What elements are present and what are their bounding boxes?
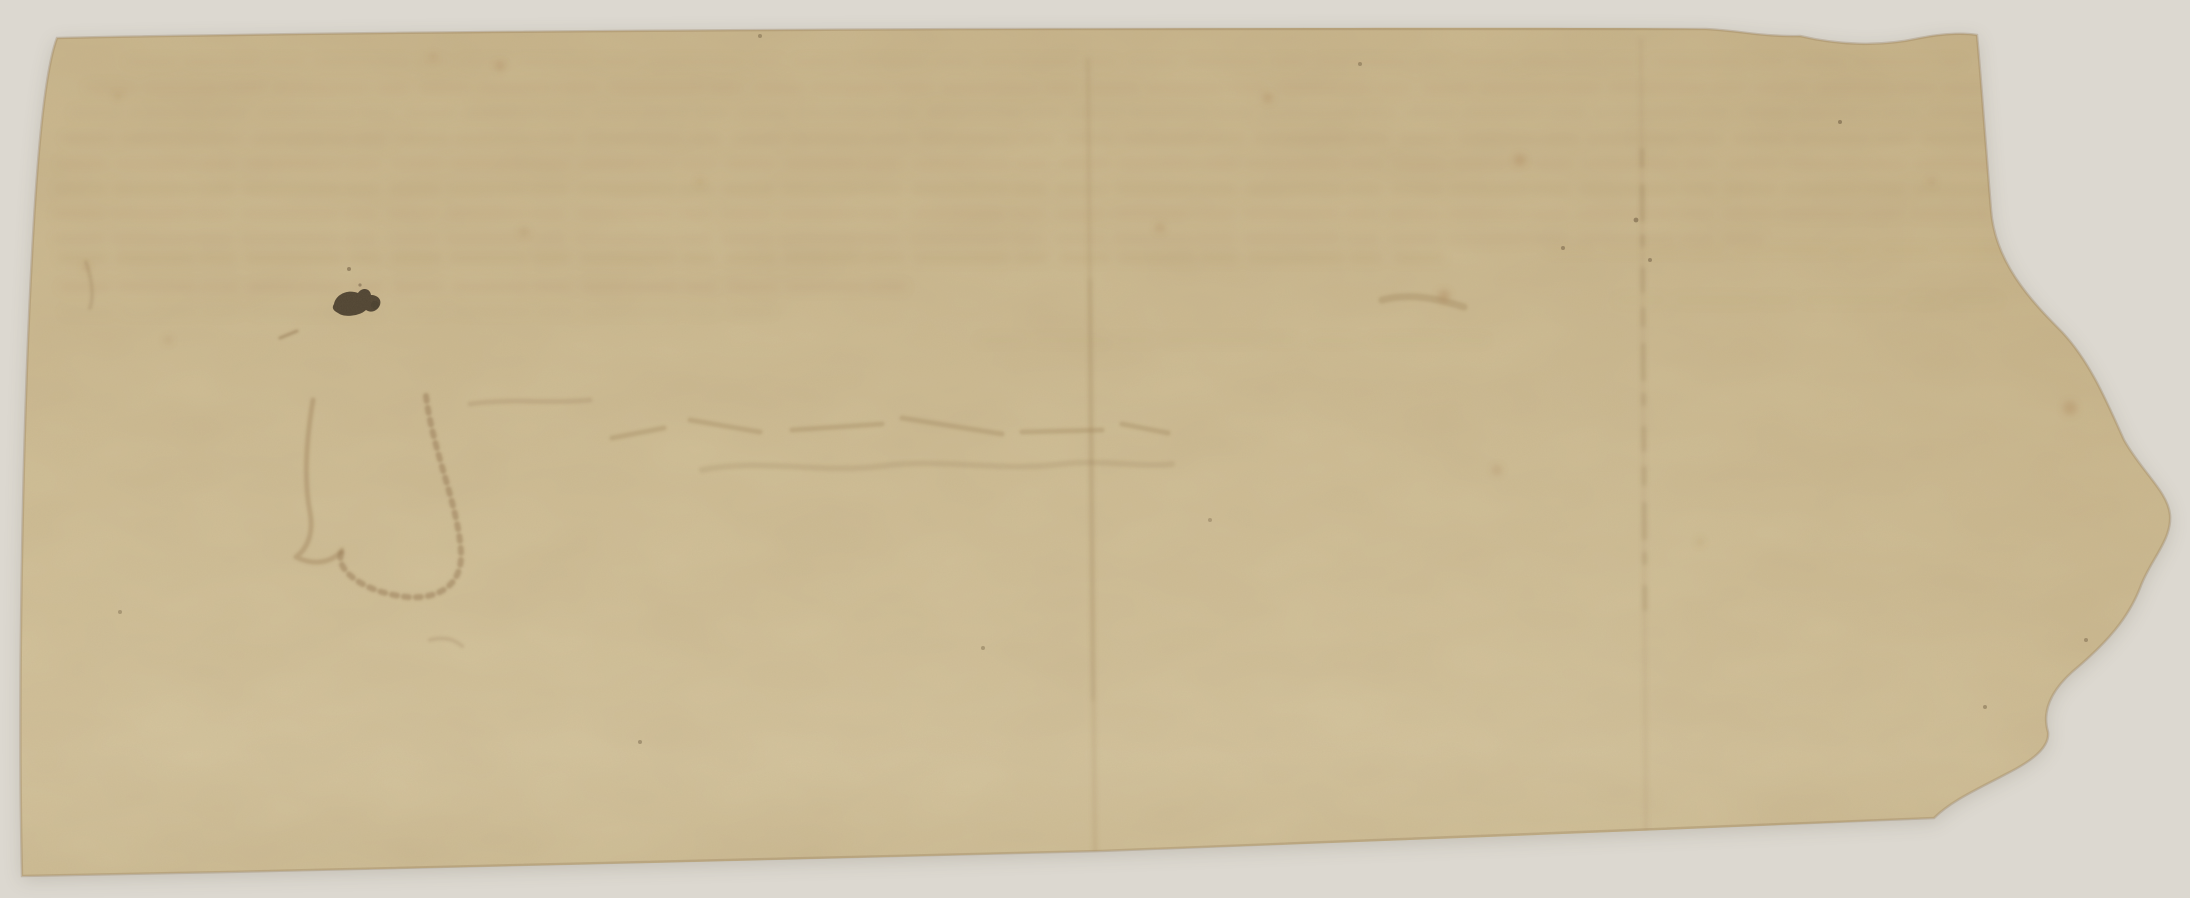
foxing-stain: [2080, 96, 2088, 104]
manuscript-verso-image: [0, 0, 2190, 898]
document-scan: [0, 0, 2190, 898]
paper-grain: [14, 24, 2180, 884]
paper-surface: [14, 24, 2180, 884]
